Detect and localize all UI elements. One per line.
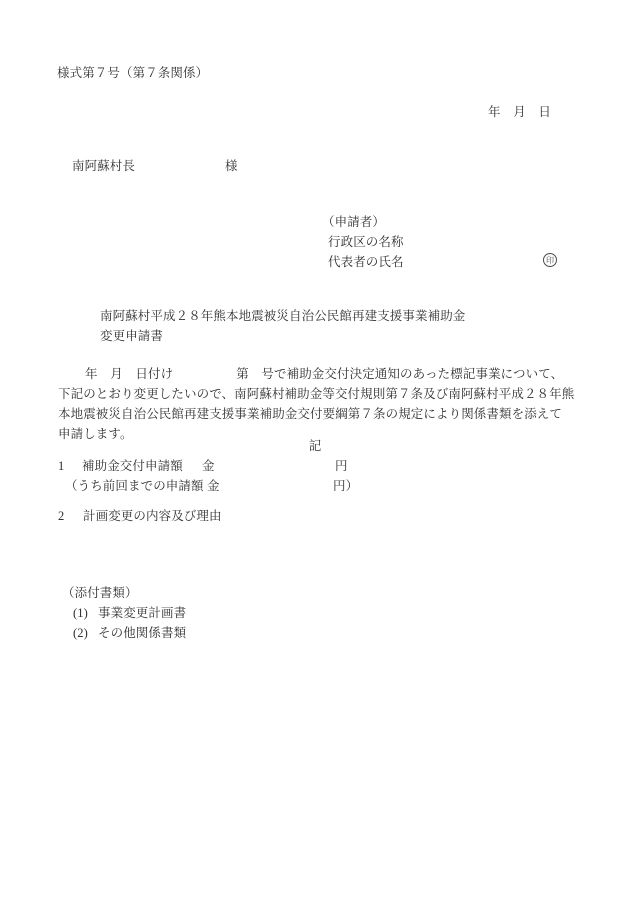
date-line: 年 月 日 bbox=[488, 105, 551, 119]
attachment-item-label: その他関係書類 bbox=[98, 626, 186, 640]
item1-sub-label: （うち前回までの申請額 bbox=[65, 479, 204, 493]
body-line-1: 年 月 日付け 第 号で補助金交付決定通知のあった標記事業について、 bbox=[85, 367, 563, 381]
item1-currency: 金 bbox=[202, 459, 215, 473]
item1-sub-currency: 金 bbox=[207, 479, 220, 493]
attachment-item-number: (2) bbox=[73, 626, 88, 640]
item1-label: 補助金交付申請額 bbox=[82, 459, 183, 473]
applicant-heading: （申請者） bbox=[322, 215, 385, 229]
record-marker: 記 bbox=[0, 439, 630, 453]
addressee-honorific: 様 bbox=[225, 159, 238, 173]
attachment-item-number: (1) bbox=[73, 606, 88, 620]
body-line-3: 本地震被災自治公民館再建支援事業補助金交付要綱第７条の規定により関係書類を添えて bbox=[58, 407, 562, 421]
application-form-page: 様式第７号（第７条関係） 年 月 日 南阿蘇村長 様 （申請者） 行政区の名称 … bbox=[0, 0, 630, 915]
body-line-2: 下記のとおり変更したいので、南阿蘇村補助金等交付規則第７条及び南阿蘇村平成２８年… bbox=[58, 387, 574, 401]
addressee-name: 南阿蘇村長 bbox=[72, 159, 135, 173]
attachments-heading: （添付書類） bbox=[62, 586, 138, 600]
attachment-item-label: 事業変更計画書 bbox=[98, 606, 186, 620]
applicant-representative-label: 代表者の氏名 bbox=[328, 255, 404, 269]
form-number: 様式第７号（第７条関係） bbox=[57, 66, 208, 80]
item2-label: 計画変更の内容及び理由 bbox=[83, 509, 222, 523]
item1-sub-unit: 円） bbox=[333, 479, 358, 493]
item1-number: 1 bbox=[58, 459, 64, 473]
document-title-line1: 南阿蘇村平成２８年熊本地震被災自治公民館再建支援事業補助金 bbox=[100, 309, 465, 323]
item1-unit: 円 bbox=[335, 459, 348, 473]
document-title-line2: 変更申請書 bbox=[100, 329, 163, 343]
item2-number: 2 bbox=[58, 509, 64, 523]
applicant-district-label: 行政区の名称 bbox=[328, 235, 404, 249]
seal-icon: 印 bbox=[543, 253, 557, 267]
